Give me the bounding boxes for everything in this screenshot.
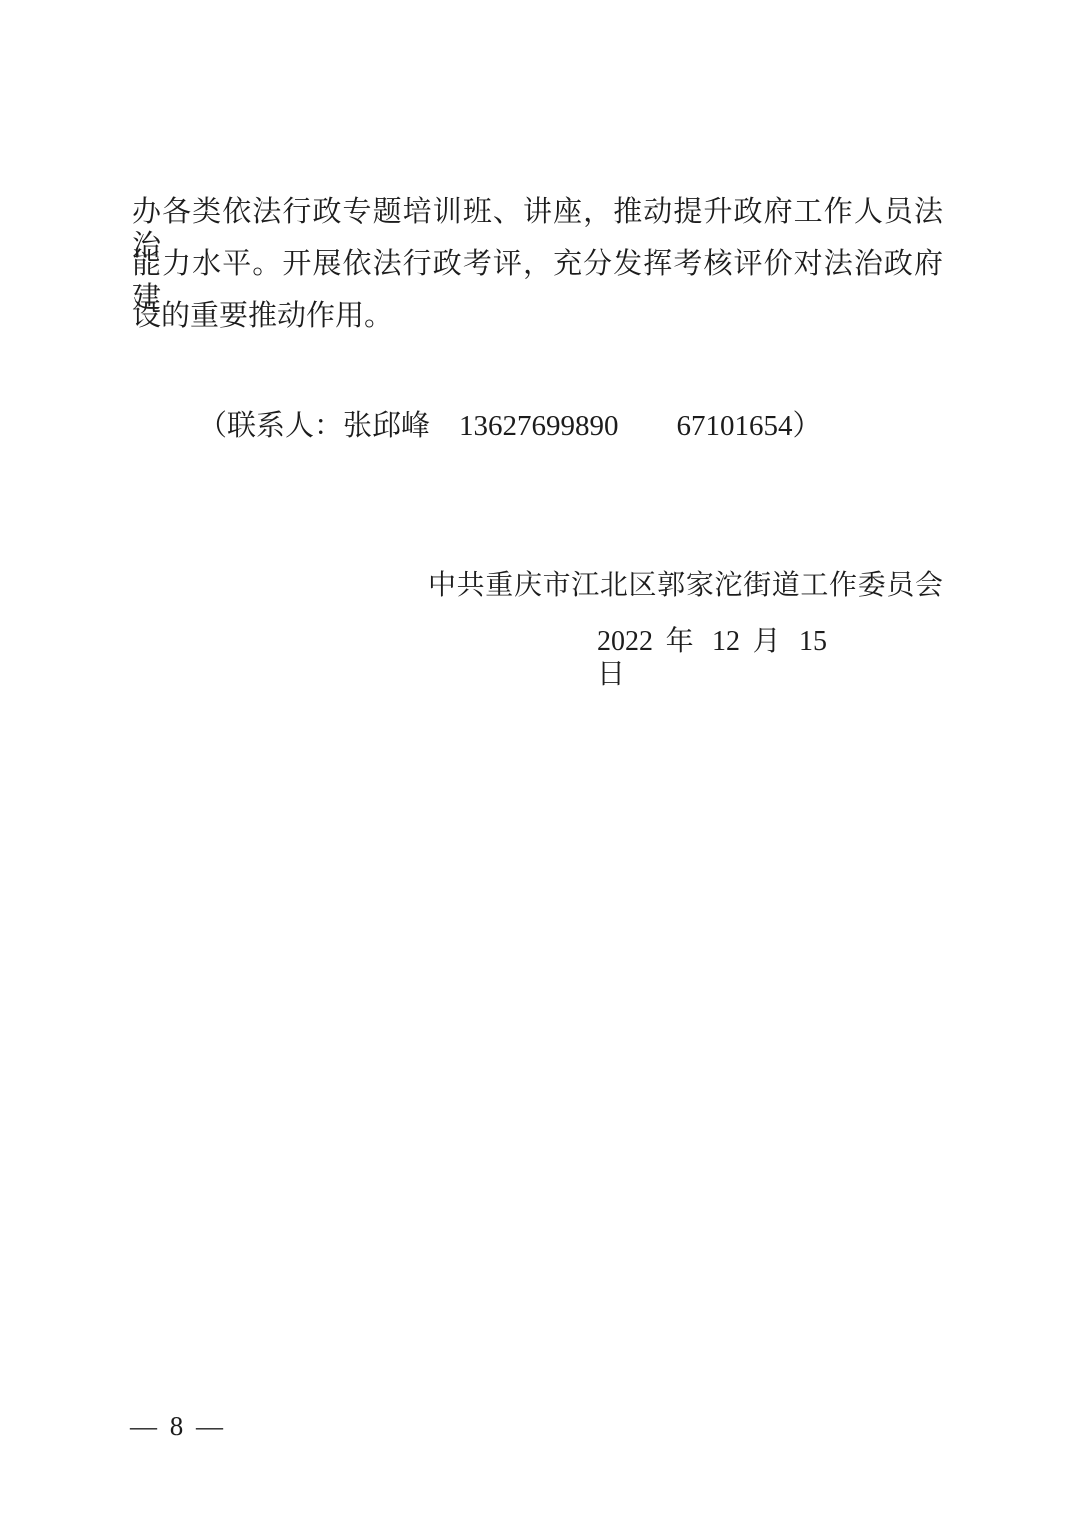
document-page: 办各类依法行政专题培训班、讲座，推动提升政府工作人员法治 能力水平。开展依法行政… xyxy=(0,0,1074,1520)
paragraph-line-3: 设的重要推动作用。 xyxy=(132,299,943,333)
signature-organization: 中共重庆市江北区郭家沱街道工作委员会 xyxy=(428,569,943,602)
signature-date: 2022 年 12 月 15 日 xyxy=(597,625,827,691)
page-number: — 8 — xyxy=(130,1410,226,1442)
contact-line: （联系人：张邱峰 13627699890 67101654） xyxy=(198,409,822,443)
